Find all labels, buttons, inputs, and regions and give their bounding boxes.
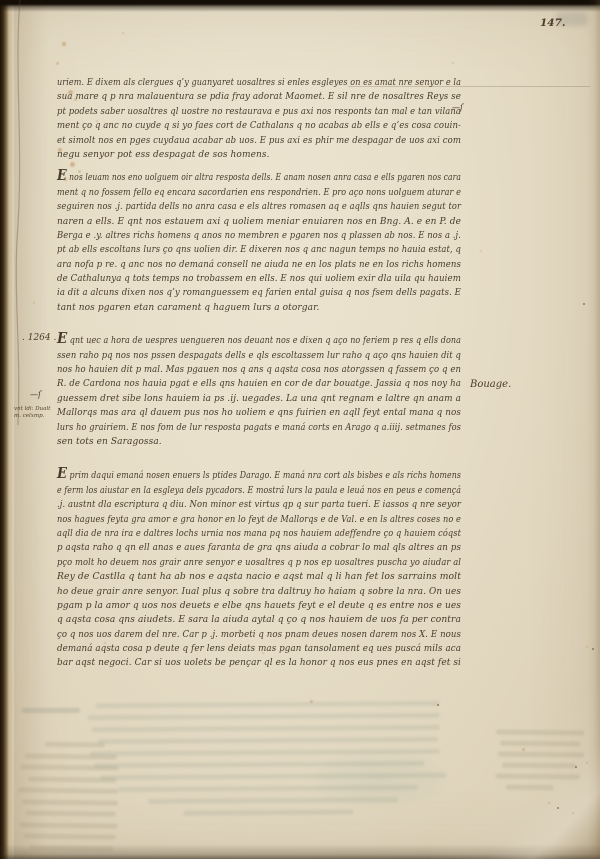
foxing-spot — [56, 62, 59, 65]
foxing-spot — [33, 302, 35, 304]
manuscript-line-text: .j. austnt dla escriptura q diu. Non min… — [57, 498, 461, 512]
bleedthrough-line — [26, 810, 116, 816]
manuscript-line: Berga e .y. altres richs homens q anos n… — [57, 226, 461, 240]
manuscript-line-text: sen tots en Saragossa. — [57, 435, 162, 449]
manuscript-line-text: Berga e .y. altres richs homens q anos n… — [57, 229, 461, 243]
foxing-spot — [548, 802, 550, 804]
margin-note-year: . 1264 . — [22, 333, 56, 343]
manuscript-line-text: E prim daqui emaná nosen enuers ls ptide… — [57, 466, 461, 483]
bleedthrough-text-ghost — [22, 708, 80, 713]
bleedthrough-line — [22, 799, 118, 805]
manuscript-line: guessem dret sibe lons hauiem ia ps .ij.… — [57, 389, 461, 403]
binding-shadow — [14, 0, 48, 859]
bleedthrough-line — [23, 833, 115, 839]
manuscript-line-text: naren a ells. E qnt nos estauem axi q uo… — [57, 215, 461, 229]
manuscript-line: bar aqst negoci. Car si uos uolets be pe… — [57, 653, 461, 667]
manuscript-line-text: negu senyor pot ess despagat de sos home… — [57, 148, 270, 162]
manuscript-line: ment ço q anc no cuyde q si yo faes cort… — [57, 116, 461, 130]
manuscript-line-text: ara nofa p re. q anc nos no demaná conse… — [57, 258, 461, 272]
foxing-spot — [64, 178, 67, 181]
manuscript-line-text: aqll dia de nra ira e daltres lochs urni… — [57, 527, 461, 541]
manuscript-line-text: ho deue grair anre senyor. Iual plus q s… — [57, 585, 461, 599]
manuscript-line: ssen raho pq nos nos pssen despagats del… — [57, 346, 461, 360]
bleedthrough-line — [22, 708, 80, 713]
bleedthrough-line — [118, 785, 418, 792]
bleedthrough-line — [96, 701, 440, 708]
paragraph: E qnt uec a hora de uespres uengueren no… — [57, 331, 461, 446]
manuscript-line-text: bar aqst negoci. Car si uos uolets be pe… — [57, 656, 461, 670]
foxing-spot — [586, 646, 588, 648]
foxing-spot — [572, 812, 574, 814]
manuscript-line-text: e ferm los aiustar en la esgleya dels py… — [57, 484, 461, 498]
binding-edge — [0, 0, 16, 859]
foxing-spot — [262, 652, 264, 654]
manuscript-line-text: demaná aqsta cosa p deute q fer lens dei… — [57, 642, 461, 656]
bleedthrough-line — [18, 787, 118, 793]
foxing-spot — [90, 342, 92, 344]
manuscript-line-text: uriem. E dixem als clergues q’y guanyare… — [57, 76, 461, 90]
foxing-spot — [522, 748, 525, 751]
manuscript-line-text: pt ab ells escoltans lurs ço qns uolien … — [57, 243, 461, 257]
bleedthrough-line — [496, 730, 584, 736]
manuscript-line: q aqsta cosa qns aiudets. E sara la aiud… — [57, 610, 461, 624]
bleedthrough-text-ghost — [88, 701, 447, 816]
ink-speck — [592, 648, 594, 650]
foxing-spot — [586, 762, 588, 764]
manuscript-line: Rey de Castlla q tant ha ab nos e aqsta … — [57, 567, 461, 581]
bleedthrough-line — [183, 809, 353, 815]
page-top-edge — [0, 0, 600, 12]
manuscript-line-text: et simolt nos en pges cuydaua acabar ab … — [57, 134, 461, 148]
folio-number: 147. — [540, 17, 566, 29]
manuscript-line: ara nofa p re. q anc nos no demaná conse… — [57, 255, 461, 269]
bleedthrough-line — [502, 763, 576, 769]
manuscript-line-text: pgam p la amor q uos nos deuets e elbe q… — [57, 599, 461, 613]
manuscript-line-text: ssen raho pq nos nos pssen despagats del… — [57, 349, 461, 363]
bleedthrough-line — [100, 773, 446, 780]
manuscript-page: 147. —ſ uriem. E dixem als clergues q’y … — [0, 0, 600, 859]
manuscript-line-text: Rey de Castlla q tant ha ab nos e aqsta … — [57, 570, 461, 584]
ink-speck — [557, 807, 559, 809]
manuscript-line-text: nos hagues feyta gra amor e gra honor en… — [57, 513, 461, 527]
foxing-spot — [205, 418, 207, 420]
manuscript-line-text: ment q no fossem fello eq encara sacorda… — [57, 186, 461, 200]
manuscript-line: naren a ells. E qnt nos estauem axi q uo… — [57, 212, 461, 226]
manuscript-line: pt ab ells escoltans lurs ço qns uolien … — [57, 240, 461, 254]
paragraph: E prim daqui emaná nosen enuers ls ptide… — [57, 466, 461, 667]
bleedthrough-line — [20, 764, 118, 770]
foxing-spot — [96, 120, 98, 122]
margin-tick-mark: —ſ — [30, 390, 41, 399]
manuscript-line: pço molt ho deuem nos grair anre senyor … — [57, 553, 461, 567]
manuscript-line: e ferm los aiustar en la esgleya dels py… — [57, 481, 461, 495]
manuscript-text-block: uriem. E dixem als clergues q’y guanyare… — [57, 73, 461, 668]
manuscript-line: aqll dia de nra ira e daltres lochs urni… — [57, 524, 461, 538]
foxing-spot — [104, 642, 106, 644]
bleedthrough-line — [500, 741, 580, 747]
manuscript-line: nos ho hauien dit p mal. Mas pgauen nos … — [57, 360, 461, 374]
bleedthrough-line — [98, 737, 438, 744]
manuscript-line: de Cathalunya q tots temps no trobassem … — [57, 269, 461, 283]
foxing-spot — [78, 170, 81, 173]
manuscript-line-text: nos ho hauien dit p mal. Mas pgauen nos … — [57, 363, 461, 377]
manuscript-line-text: p aqsta raho q qn ell anas e aues farant… — [57, 541, 461, 555]
manuscript-line-text: pt podets saber uosaltres ql uostre no r… — [57, 105, 461, 119]
margin-note-bouage: Bouage. — [470, 379, 511, 390]
manuscript-line-text: Mallorqs mas ara ql dauem pus nos ho uol… — [57, 406, 461, 420]
manuscript-line-text: pço molt ho deuem nos grair anre senyor … — [57, 556, 461, 570]
manuscript-line: ço q nos uos darem del nre. Car p .j. mo… — [57, 625, 461, 639]
manuscript-line: uriem. E dixem als clergues q’y guanyare… — [57, 73, 461, 87]
manuscript-line-text: q aqsta cosa qns aiudets. E sara la aiud… — [57, 613, 461, 627]
foxing-spot — [122, 32, 124, 34]
manuscript-line: demaná aqsta cosa p deute q fer lens dei… — [57, 639, 461, 653]
bleedthrough-line — [88, 713, 440, 720]
manuscript-line: pgam p la amor q uos nos deuets e elbe q… — [57, 596, 461, 610]
manuscript-line-text: tant nos pgaren etan carament q haguem l… — [57, 301, 320, 315]
foxing-spot — [62, 42, 66, 46]
manuscript-line-text: guessem dret sibe lons hauiem ia ps .ij.… — [57, 392, 461, 406]
manuscript-line-text: ço q nos uos darem del nre. Car p .j. mo… — [57, 628, 461, 642]
manuscript-line: .j. austnt dla escriptura q diu. Non min… — [57, 495, 461, 509]
manuscript-line-text: E nos leuam nos eno uolguem oir altra re… — [57, 168, 461, 185]
foxing-spot — [235, 98, 237, 100]
foxing-spot — [120, 520, 122, 522]
bleedthrough-line — [148, 797, 398, 804]
bleedthrough-line — [498, 752, 584, 758]
ink-speck — [575, 766, 577, 768]
manuscript-line: nos hagues feyta gra amor e gra honor en… — [57, 510, 461, 524]
bleedthrough-line — [45, 742, 105, 748]
bleedthrough-line — [25, 753, 117, 759]
manuscript-line-text: R. de Cardona nos hauia pgat e ells qns … — [57, 377, 461, 391]
manuscript-line: sua mare q p nra malauentura se pdia fra… — [57, 87, 461, 101]
manuscript-line: et simolt nos en pges cuydaua acabar ab … — [57, 131, 461, 145]
manuscript-line-text: sua mare q p nra malauentura se pdia fra… — [57, 90, 461, 104]
bleedthrough-line — [28, 776, 116, 782]
bleedthrough-line — [506, 785, 554, 791]
bleedthrough-line — [496, 774, 580, 780]
foxing-spot — [70, 162, 75, 167]
foxing-spot — [58, 148, 62, 152]
paragraph: E nos leuam nos eno uolguem oir altra re… — [57, 168, 461, 312]
manuscript-line: pt podets saber uosaltres ql uostre no r… — [57, 102, 461, 116]
manuscript-line: Mallorqs mas ara ql dauem pus nos ho uol… — [57, 403, 461, 417]
manuscript-line-text: ment ço q anc no cuyde q si yo faes cort… — [57, 119, 461, 133]
foxing-spot — [74, 98, 77, 101]
manuscript-line: E qnt uec a hora de uespres uengueren no… — [57, 331, 461, 345]
foxing-spot — [318, 206, 320, 208]
manuscript-line: E prim daqui emaná nosen enuers ls ptide… — [57, 466, 461, 480]
bleedthrough-text-ghost — [496, 730, 585, 791]
manuscript-line: p aqsta raho q qn ell anas e aues farant… — [57, 538, 461, 552]
manuscript-line-text: seguiren nos .j. partida dells no anra c… — [57, 200, 461, 214]
manuscript-line: R. de Cardona nos hauia pgat e ells qns … — [57, 374, 461, 388]
margin-note-date: vnt ldi: Dualt m. celxmp. — [14, 406, 64, 419]
manuscript-line: seguiren nos .j. partida dells no anra c… — [57, 197, 461, 211]
manuscript-line: ment q no fossem fello eq encara sacorda… — [57, 183, 461, 197]
manuscript-line: E nos leuam nos eno uolguem oir altra re… — [57, 168, 461, 182]
manuscript-line-text: de Cathalunya q tots temps no trobassem … — [57, 272, 461, 286]
manuscript-line: ia dit a alcuns dixen nos q’y romanguess… — [57, 283, 461, 297]
manuscript-line: lurs ho grairiem. E nos fom de lur respo… — [57, 418, 461, 432]
manuscript-line-text: E qnt uec a hora de uespres uengueren no… — [57, 331, 461, 348]
bleedthrough-line — [20, 822, 118, 828]
foxing-spot — [452, 62, 454, 64]
foxing-spot — [480, 250, 482, 252]
foxing-spot — [68, 90, 73, 95]
bleedthrough-line — [92, 725, 440, 732]
manuscript-line-text: ia dit a alcuns dixen nos q’y romanguess… — [57, 286, 461, 300]
ink-speck — [437, 704, 439, 706]
bleedthrough-text-ghost — [13, 741, 119, 851]
manuscript-line: ho deue grair anre senyor. Iual plus q s… — [57, 582, 461, 596]
ink-speck — [583, 303, 585, 305]
foxing-spot — [310, 700, 313, 703]
manuscript-line-text: lurs ho grairiem. E nos fom de lur respo… — [57, 421, 461, 435]
bleedthrough-line — [90, 749, 440, 756]
bleedthrough-line — [94, 761, 424, 768]
paragraph: uriem. E dixem als clergues q’y guanyare… — [57, 73, 461, 159]
margin-note-date-line2: m. celxmp. — [14, 413, 64, 420]
